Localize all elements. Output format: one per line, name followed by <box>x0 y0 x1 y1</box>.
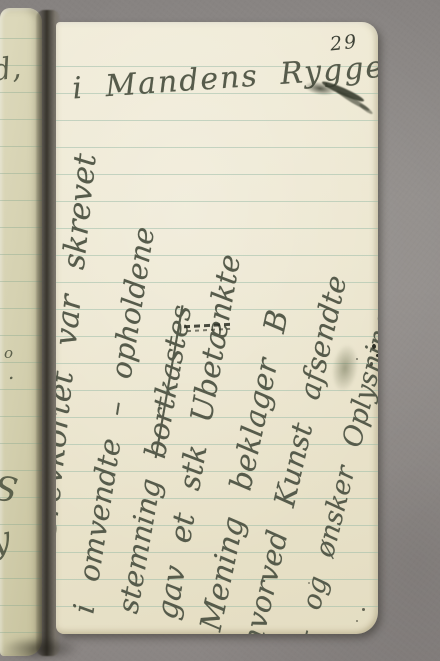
ink-speck <box>376 354 378 357</box>
ink-speck <box>362 608 365 611</box>
book-shadow <box>0 636 80 661</box>
ink-speck <box>308 582 310 584</box>
ink-speck <box>370 362 373 366</box>
ink-speck <box>356 358 358 360</box>
ink-speck <box>356 620 358 622</box>
handwriting-fragment: . <box>8 360 14 384</box>
ink-speck <box>372 344 376 349</box>
notebook-page: 29 i Mandens Rygges Da Brevkortet var sk… <box>56 22 378 634</box>
ink-dash-smudge <box>184 321 233 335</box>
